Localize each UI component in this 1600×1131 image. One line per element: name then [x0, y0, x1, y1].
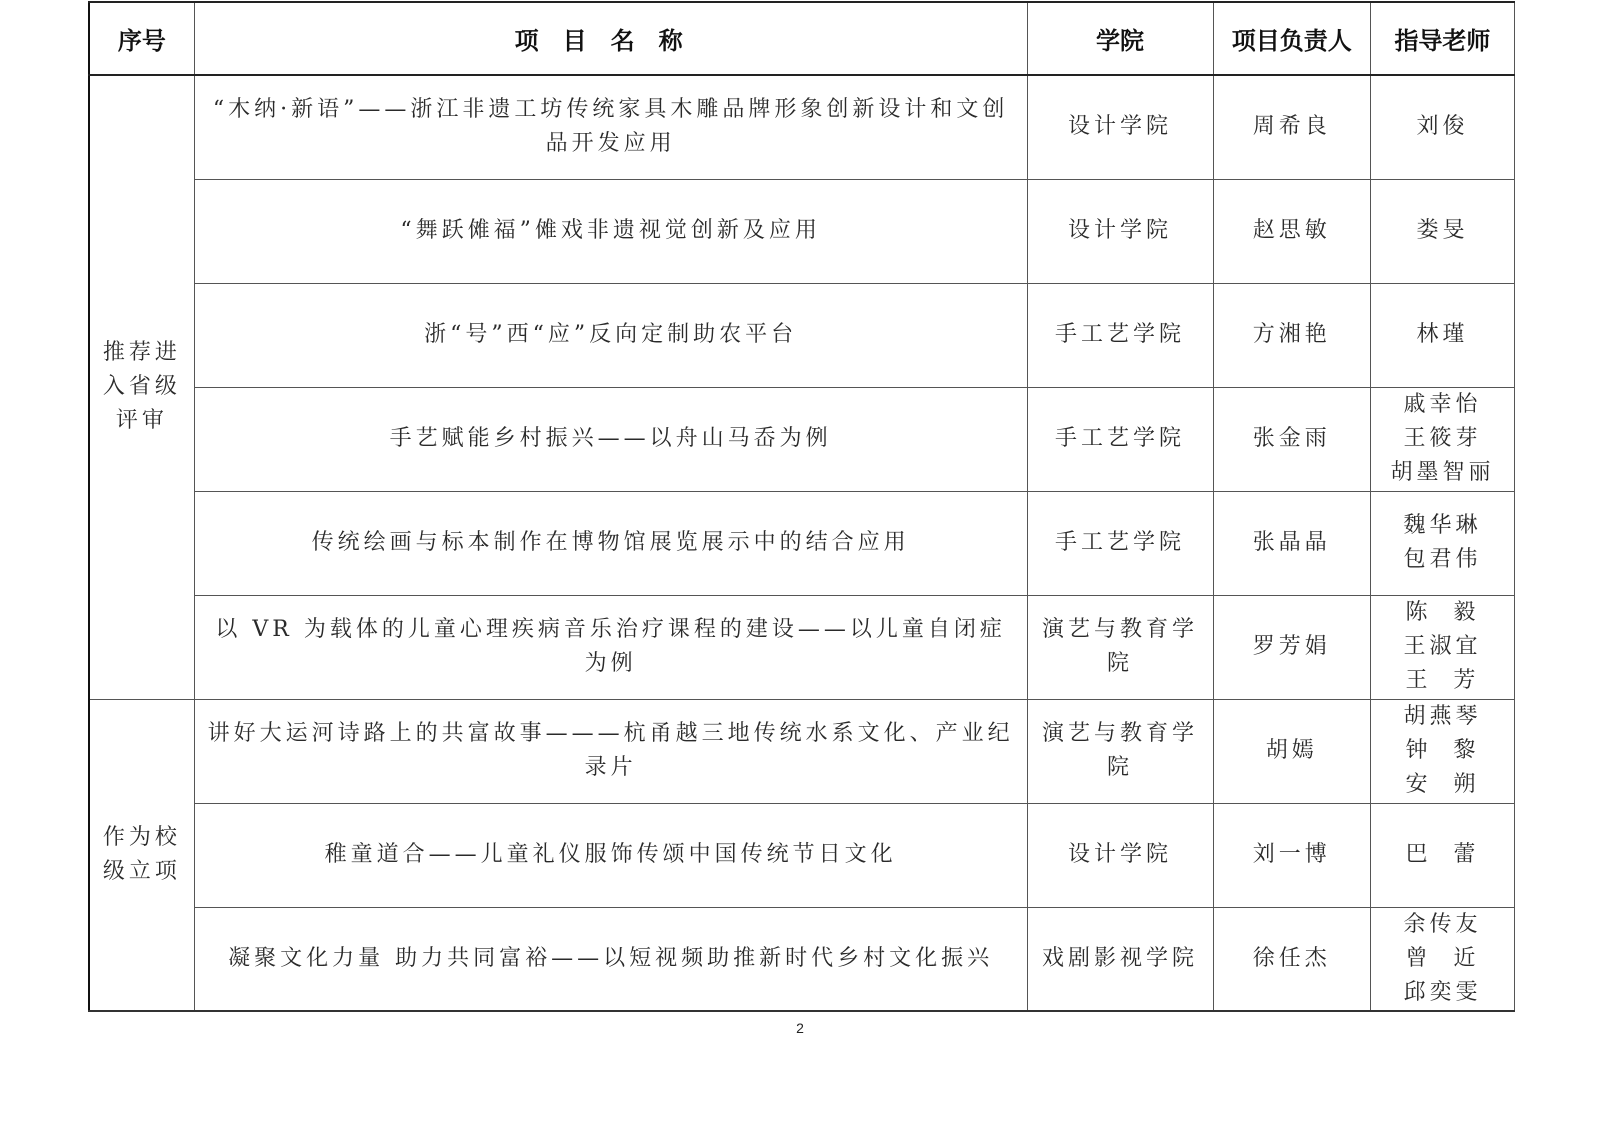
- table-row: 浙“号”西“应”反向定制助农平台 手工艺学院 方湘艳 林瑾: [89, 283, 1515, 387]
- leader: 周希良: [1213, 75, 1370, 179]
- project-name: 凝聚文化力量 助力共同富裕——以短视频助推新时代乡村文化振兴: [194, 907, 1027, 1011]
- advisors: 巴 蕾: [1370, 803, 1514, 907]
- advisors: 陈 毅 王淑宜 王 芳: [1370, 595, 1514, 699]
- advisors: 娄旻: [1370, 179, 1514, 283]
- college: 演艺与教育学院: [1027, 699, 1213, 803]
- leader: 方湘艳: [1213, 283, 1370, 387]
- advisor: 钟 黎: [1379, 734, 1506, 768]
- project-name: 以 VR 为载体的儿童心理疾病音乐治疗课程的建设——以儿童自闭症为例: [194, 595, 1027, 699]
- leader: 胡嫣: [1213, 699, 1370, 803]
- advisors: 胡燕琴 钟 黎 安 朔: [1370, 699, 1514, 803]
- group-label-provincial: 推荐进 入省级 评审: [89, 75, 194, 699]
- header-advisor: 指导老师: [1370, 2, 1514, 75]
- group-label-line: 入省级: [98, 370, 186, 404]
- project-name: “木纳·新语”——浙江非遗工坊传统家具木雕品牌形象创新设计和文创品开发应用: [194, 75, 1027, 179]
- page-number: 2: [0, 1020, 1600, 1036]
- advisors: 戚幸怡 王筱芽 胡墨智丽: [1370, 387, 1514, 491]
- group-label-line: 评审: [98, 404, 186, 438]
- table-row: “舞跃傩福”傩戏非遗视觉创新及应用 设计学院 赵思敏 娄旻: [89, 179, 1515, 283]
- leader: 张金雨: [1213, 387, 1370, 491]
- advisor: 包君伟: [1379, 543, 1506, 577]
- advisor: 魏华琳: [1379, 509, 1506, 543]
- advisor: 邱奕雯: [1379, 976, 1506, 1010]
- group-label-line: 推荐进: [98, 336, 186, 370]
- project-name: 浙“号”西“应”反向定制助农平台: [194, 283, 1027, 387]
- table-body: 推荐进 入省级 评审 “木纳·新语”——浙江非遗工坊传统家具木雕品牌形象创新设计…: [89, 75, 1515, 1011]
- advisors: 林瑾: [1370, 283, 1514, 387]
- college: 手工艺学院: [1027, 387, 1213, 491]
- advisor: 刘俊: [1379, 110, 1506, 144]
- document-page: 序号 项目名称 学院 项目负责人 指导老师 推荐进 入省级 评审 “木纳·新语”…: [0, 0, 1600, 1131]
- advisor: 王 芳: [1379, 664, 1506, 698]
- leader: 张晶晶: [1213, 491, 1370, 595]
- table-row: 作为校 级立项 讲好大运河诗路上的共富故事———杭甬越三地传统水系文化、产业纪录…: [89, 699, 1515, 803]
- college: 设计学院: [1027, 75, 1213, 179]
- table-row: 传统绘画与标本制作在博物馆展览展示中的结合应用 手工艺学院 张晶晶 魏华琳 包君…: [89, 491, 1515, 595]
- table-row: 凝聚文化力量 助力共同富裕——以短视频助推新时代乡村文化振兴 戏剧影视学院 徐任…: [89, 907, 1515, 1011]
- project-table: 序号 项目名称 学院 项目负责人 指导老师 推荐进 入省级 评审 “木纳·新语”…: [88, 1, 1515, 1012]
- header-index: 序号: [89, 2, 194, 75]
- header-leader: 项目负责人: [1213, 2, 1370, 75]
- table-header: 序号 项目名称 学院 项目负责人 指导老师: [89, 2, 1515, 75]
- table-row: 推荐进 入省级 评审 “木纳·新语”——浙江非遗工坊传统家具木雕品牌形象创新设计…: [89, 75, 1515, 179]
- leader: 赵思敏: [1213, 179, 1370, 283]
- advisor: 陈 毅: [1379, 596, 1506, 630]
- advisor: 娄旻: [1379, 214, 1506, 248]
- advisor: 戚幸怡: [1379, 388, 1506, 422]
- advisor: 王筱芽: [1379, 422, 1506, 456]
- project-name: 讲好大运河诗路上的共富故事———杭甬越三地传统水系文化、产业纪录片: [194, 699, 1027, 803]
- advisors: 刘俊: [1370, 75, 1514, 179]
- advisor: 余传友: [1379, 908, 1506, 942]
- advisors: 余传友 曾 近 邱奕雯: [1370, 907, 1514, 1011]
- advisors: 魏华琳 包君伟: [1370, 491, 1514, 595]
- project-name: 手艺赋能乡村振兴——以舟山马岙为例: [194, 387, 1027, 491]
- header-college: 学院: [1027, 2, 1213, 75]
- project-name: “舞跃傩福”傩戏非遗视觉创新及应用: [194, 179, 1027, 283]
- leader: 徐任杰: [1213, 907, 1370, 1011]
- group-label-line: 级立项: [98, 855, 186, 889]
- table-row: 稚童道合——儿童礼仪服饰传颂中国传统节日文化 设计学院 刘一博 巴 蕾: [89, 803, 1515, 907]
- advisor: 胡燕琴: [1379, 700, 1506, 734]
- leader: 刘一博: [1213, 803, 1370, 907]
- table-row: 手艺赋能乡村振兴——以舟山马岙为例 手工艺学院 张金雨 戚幸怡 王筱芽 胡墨智丽: [89, 387, 1515, 491]
- advisor: 林瑾: [1379, 318, 1506, 352]
- group-label-school: 作为校 级立项: [89, 699, 194, 1011]
- advisor: 曾 近: [1379, 942, 1506, 976]
- advisor: 王淑宜: [1379, 630, 1506, 664]
- project-name: 传统绘画与标本制作在博物馆展览展示中的结合应用: [194, 491, 1027, 595]
- group-label-line: 作为校: [98, 821, 186, 855]
- leader: 罗芳娟: [1213, 595, 1370, 699]
- advisor: 安 朔: [1379, 768, 1506, 802]
- college: 戏剧影视学院: [1027, 907, 1213, 1011]
- advisor: 胡墨智丽: [1379, 456, 1506, 490]
- table-row: 以 VR 为载体的儿童心理疾病音乐治疗课程的建设——以儿童自闭症为例 演艺与教育…: [89, 595, 1515, 699]
- college: 设计学院: [1027, 179, 1213, 283]
- college: 设计学院: [1027, 803, 1213, 907]
- college: 手工艺学院: [1027, 491, 1213, 595]
- college: 手工艺学院: [1027, 283, 1213, 387]
- college: 演艺与教育学院: [1027, 595, 1213, 699]
- header-row: 序号 项目名称 学院 项目负责人 指导老师: [89, 2, 1515, 75]
- header-project-name: 项目名称: [194, 2, 1027, 75]
- advisor: 巴 蕾: [1379, 838, 1506, 872]
- project-name: 稚童道合——儿童礼仪服饰传颂中国传统节日文化: [194, 803, 1027, 907]
